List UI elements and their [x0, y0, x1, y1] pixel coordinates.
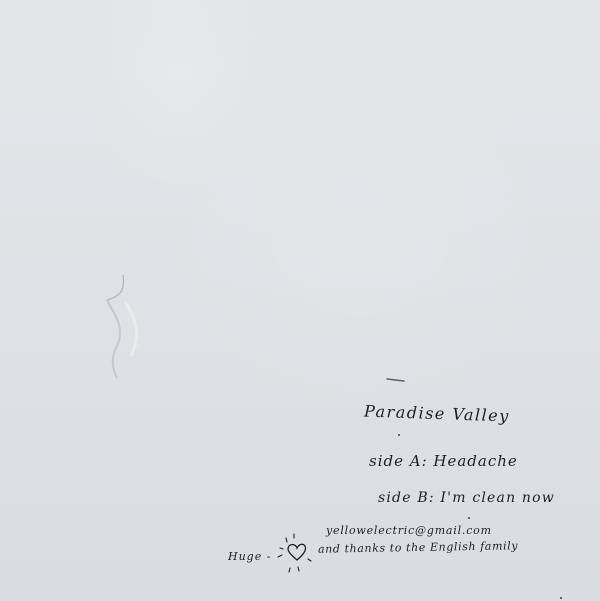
paper-crease [85, 270, 155, 380]
pen-mark [386, 377, 406, 383]
note-email: yellowelectric@gmail.com [326, 524, 492, 537]
heart-icon [272, 530, 322, 580]
ink-dot [398, 434, 400, 436]
note-side-b: side B: I'm clean now [378, 490, 555, 506]
ink-dot [560, 597, 562, 599]
ink-dot [468, 517, 470, 519]
note-side-a: side A: Headache [369, 452, 518, 470]
note-huge: Huge - [228, 550, 271, 563]
